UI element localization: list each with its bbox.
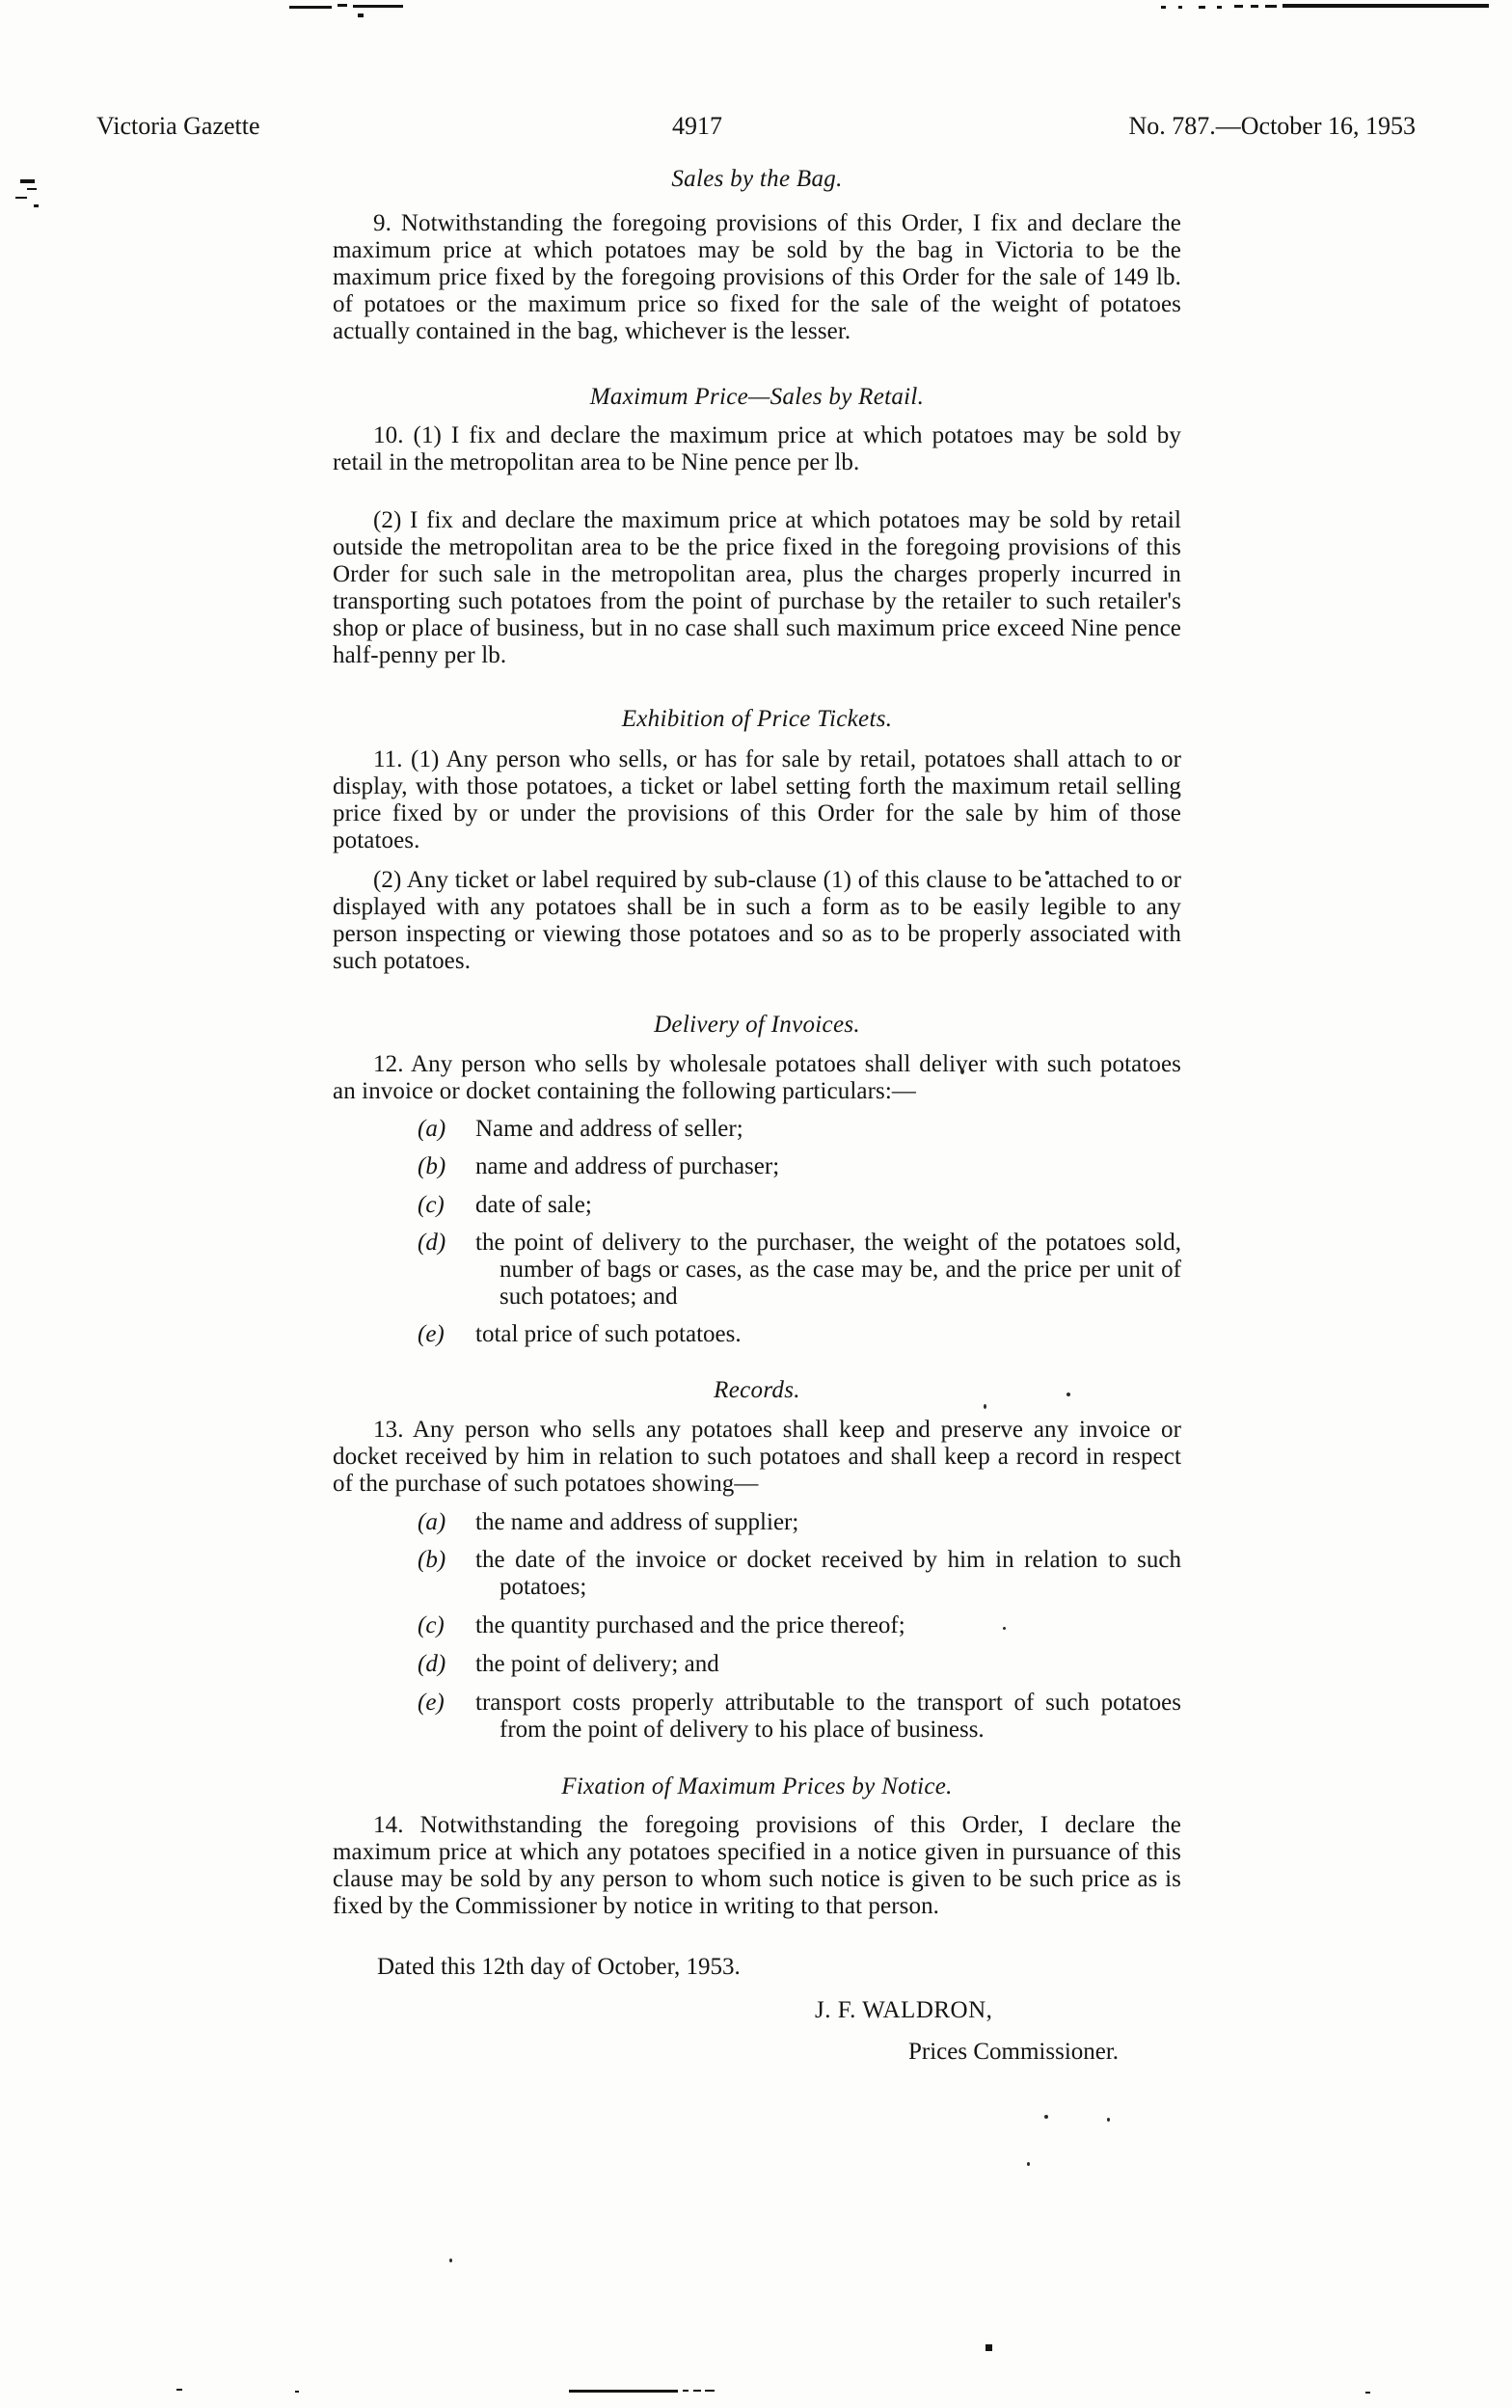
scan-mark-top-right [1234,5,1243,8]
scan-mark-top-right [1251,5,1258,8]
scan-speck [1003,1627,1006,1630]
item-label: (d) [418,1230,475,1257]
publication-title: Victoria Gazette [96,112,260,141]
item-text: total price of such potatoes. [475,1321,742,1347]
item-text: Name and address of seller; [475,1116,743,1142]
section-heading-fixation-by-notice: Fixation of Maximum Prices by Notice. [333,1773,1181,1800]
scan-speck [1027,2162,1030,2166]
scan-speck [739,440,742,444]
item-label: (b) [418,1547,475,1574]
list-item: (e)transport costs properly attributable… [333,1690,1181,1744]
scan-speck-bottom [1365,2392,1370,2394]
list-item: (a)the name and address of supplier; [333,1509,1181,1536]
scan-smudge-left-margin [34,204,39,207]
clause-14: 14. Notwithstanding the foregoing provis… [333,1812,1181,1920]
scan-mark-top-right [1199,6,1205,9]
list-item: (d)the point of delivery to the purchase… [333,1230,1181,1311]
item-label: (a) [418,1509,475,1536]
text-column: Sales by the Bag. 9. Notwithstanding the… [333,154,1181,2066]
scan-rule-bottom [683,2390,688,2392]
scan-smudge-left-margin [15,197,27,199]
clause-11-2: (2) Any ticket or label required by sub-… [333,867,1181,975]
dated-line: Dated this 12th day of October, 1953. [377,1954,1181,1981]
item-text: the point of delivery to the purchaser, … [475,1230,1181,1310]
scan-speck [1044,2115,1048,2119]
scan-rule-top-right [1282,4,1489,8]
item-label: (a) [418,1116,475,1143]
list-item: (a)Name and address of seller; [333,1116,1181,1143]
scan-rule-bottom [693,2390,701,2392]
scan-mark-top-left [337,4,347,7]
scan-speck-bottom [295,2391,299,2393]
scan-speck [1107,2118,1110,2122]
gazette-scanned-page: Victoria Gazette 4917 No. 787.—October 1… [0,0,1512,2408]
item-label: (b) [418,1153,475,1180]
scan-speck [960,1069,964,1074]
list-item: (d)the point of delivery; and [333,1651,1181,1678]
item-text: transport costs properly attributable to… [475,1690,1181,1743]
item-text: name and address of purchaser; [475,1153,779,1179]
section-heading-records: Records. [333,1377,1181,1404]
scan-speck [1045,871,1049,875]
item-text: the name and address of supplier; [475,1509,798,1535]
item-label: (e) [418,1690,475,1717]
list-item: (c)the quantity purchased and the price … [333,1612,1181,1639]
clause-13: 13. Any person who sells any potatoes sh… [333,1417,1181,1498]
scan-speck-bottom [176,2389,182,2391]
scan-mark-top-right [1217,6,1222,9]
signatory-title: Prices Commissioner. [908,2039,1181,2066]
list-item: (e)total price of such potatoes. [333,1321,1181,1348]
scan-mark-top-left [289,6,332,9]
scan-dot-bottom [985,2344,992,2351]
section-heading-exhibition-of-price-tickets: Exhibition of Price Tickets. [333,706,1181,733]
clause-10-2: (2) I fix and declare the maximum price … [333,507,1181,669]
scan-smudge-left-margin [27,188,37,190]
item-text: the date of the invoice or docket receiv… [475,1547,1181,1600]
item-label: (c) [418,1612,475,1639]
section-heading-sales-by-the-bag: Sales by the Bag. [333,166,1181,193]
list-item: (b)name and address of purchaser; [333,1153,1181,1180]
list-item: (c)date of sale; [333,1192,1181,1219]
clause-10-1: 10. (1) I fix and declare the maximum pr… [333,422,1181,476]
scan-speck [449,2259,452,2262]
issue-and-date: No. 787.—October 16, 1953 [1128,112,1416,141]
section-heading-maximum-price-retail: Maximum Price—Sales by Retail. [333,384,1181,411]
scan-speck [1066,1393,1070,1396]
item-text: the point of delivery; and [475,1651,719,1677]
section-heading-delivery-of-invoices: Delivery of Invoices. [333,1012,1181,1039]
clause-12: 12. Any person who sells by wholesale po… [333,1051,1181,1105]
scan-rule-bottom [569,2390,678,2393]
item-text: the quantity purchased and the price the… [475,1612,905,1638]
scan-speck [984,1404,986,1409]
item-text: date of sale; [475,1192,592,1218]
scan-mark-top-left [358,14,364,17]
item-label: (c) [418,1192,475,1219]
scan-mark-top-right [1161,6,1166,9]
clause-9: 9. Notwithstanding the foregoing provisi… [333,210,1181,345]
scan-mark-top-left [353,5,403,8]
scan-rule-bottom [705,2390,715,2392]
item-label: (e) [418,1321,475,1348]
page-number: 4917 [625,112,769,141]
clause-11-1: 11. (1) Any person who sells, or has for… [333,746,1181,854]
scan-smudge-left-margin [20,179,35,183]
scan-mark-top-right [1265,5,1277,8]
signatory-name: J. F. WALDRON, [815,1997,1181,2024]
item-label: (d) [418,1651,475,1678]
scan-mark-top-right [1178,6,1182,9]
list-item: (b)the date of the invoice or docket rec… [333,1547,1181,1601]
